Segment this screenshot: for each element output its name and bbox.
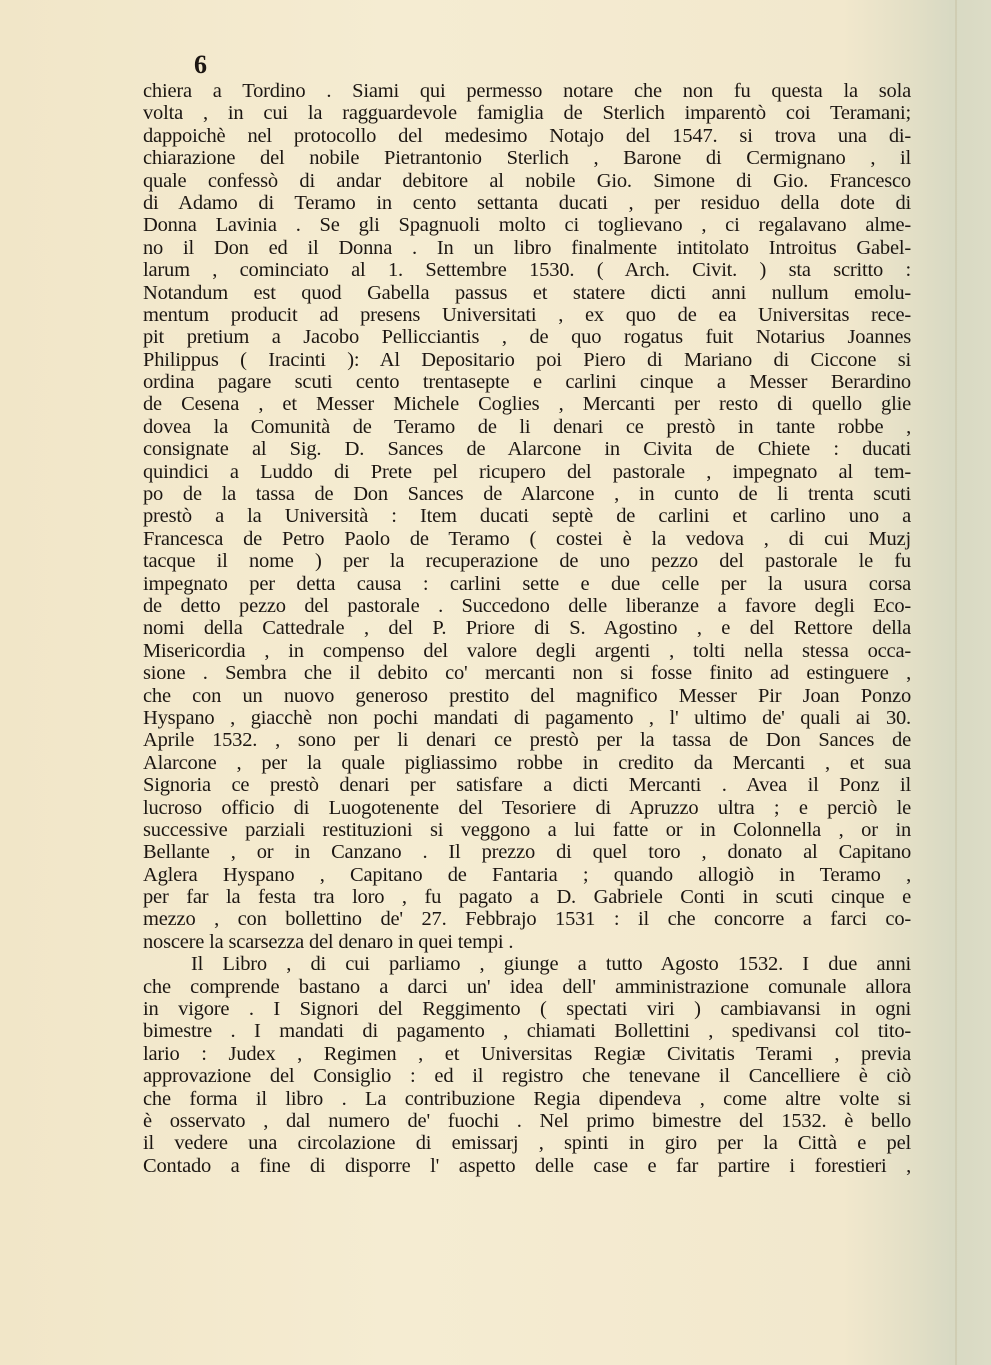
text-line: no il Don ed il Donna . In un libro fina… (143, 237, 911, 259)
text-line: Donna Lavinia . Se gli Spagnuoli molto c… (143, 214, 911, 236)
text-line: il vedere una circolazione di emissarj ,… (143, 1132, 911, 1154)
text-line: de Cesena , et Messer Michele Coglies , … (143, 393, 911, 415)
text-line: impegnato per detta causa : carlini sett… (143, 573, 911, 595)
text-line: successive parziali restituzioni si vegg… (143, 819, 911, 841)
text-line: pit pretium a Jacobo Pellicciantis , de … (143, 326, 911, 348)
text-line: approvazione del Consiglio : ed il regis… (143, 1065, 911, 1087)
text-line: larum , cominciato al 1. Settembre 1530.… (143, 259, 911, 281)
text-line: bimestre . I mandati di pagamento , chia… (143, 1020, 911, 1042)
body-text: chiera a Tordino . Siami qui permesso no… (143, 80, 911, 1177)
text-line: Philippus ( Iracinti ): Al Depositario p… (143, 349, 911, 371)
text-line: chiera a Tordino . Siami qui permesso no… (143, 80, 911, 102)
text-line: de detto pezzo del pastorale . Succedono… (143, 595, 911, 617)
text-line: Aprile 1532. , sono per li denari ce pre… (143, 729, 911, 751)
text-line: dovea la Comunità de Teramo de li denari… (143, 416, 911, 438)
binding-gutter (955, 0, 957, 1365)
text-line: ordina pagare scuti cento trentasepte e … (143, 371, 911, 393)
text-line: quale confessò di andar debitore al nobi… (143, 170, 911, 192)
text-line: consignate al Sig. D. Sances de Alarcone… (143, 438, 911, 460)
text-line: noscere la scarsezza del denaro in quei … (143, 931, 911, 953)
text-line: Aglera Hyspano , Capitano de Fantaria ; … (143, 864, 911, 886)
text-line: Il Libro , di cui parliamo , giunge a tu… (143, 953, 911, 975)
text-line: Misericordia , in compenso del valore de… (143, 640, 911, 662)
text-line: che comprende bastano a darci un' idea d… (143, 976, 911, 998)
text-line: chiarazione del nobile Pietrantonio Ster… (143, 147, 911, 169)
text-line: lario : Judex , Regimen , et Universitas… (143, 1043, 911, 1065)
text-line: sione . Sembra che il debito co' mercant… (143, 662, 911, 684)
text-line: volta , in cui la ragguardevole famiglia… (143, 102, 911, 124)
text-line: che forma il libro . La contribuzione Re… (143, 1088, 911, 1110)
text-line: è osservato , dal numero de' fuochi . Ne… (143, 1110, 911, 1132)
text-line: in vigore . I Signori del Reggimento ( s… (143, 998, 911, 1020)
text-line: nomi della Cattedrale , del P. Priore di… (143, 617, 911, 639)
text-line: Signoria ce prestò denari per satisfare … (143, 774, 911, 796)
text-line: Alarcone , per la quale pigliassimo robb… (143, 752, 911, 774)
text-line: quindici a Luddo di Prete pel ricupero d… (143, 461, 911, 483)
text-line: mezzo , con bollettino de' 27. Febbrajo … (143, 908, 911, 930)
text-line: che con un nuovo generoso prestito del m… (143, 685, 911, 707)
text-line: Bellante , or in Canzano . Il prezzo di … (143, 841, 911, 863)
page-number: 6 (194, 50, 207, 80)
text-line: Hyspano , giacchè non pochi mandati di p… (143, 707, 911, 729)
text-line: per far la festa tra loro , fu pagato a … (143, 886, 911, 908)
text-line: di Adamo di Teramo in cento settanta duc… (143, 192, 911, 214)
text-line: lucroso officio di Luogotenente del Teso… (143, 797, 911, 819)
text-line: po de la tassa de Don Sances de Alarcone… (143, 483, 911, 505)
text-line: dappoichè nel protocollo del medesimo No… (143, 125, 911, 147)
text-line: Contado a fine di disporre l' aspetto de… (143, 1155, 911, 1177)
text-line: Notandum est quod Gabella passus et stat… (143, 282, 911, 304)
scanned-book-page: 6 chiera a Tordino . Siami qui permesso … (0, 0, 991, 1365)
text-line: prestò a la Università : Item ducati sep… (143, 505, 911, 527)
text-line: mentum producit ad presens Universitati … (143, 304, 911, 326)
text-line: Francesca de Petro Paolo de Teramo ( cos… (143, 528, 911, 550)
text-line: tacque il nome ) per la recuperazione de… (143, 550, 911, 572)
